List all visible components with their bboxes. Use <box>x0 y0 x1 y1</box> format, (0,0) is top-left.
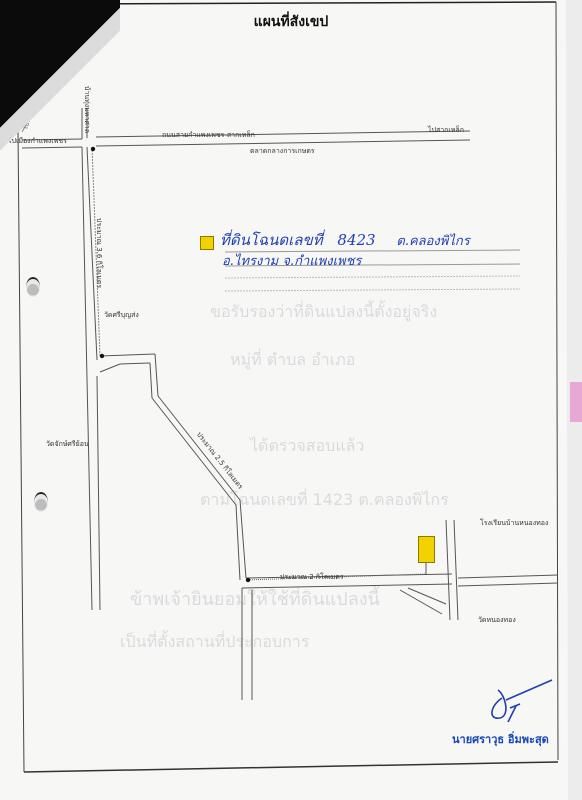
road-label-to-kamphaeng-phet: ไปเมืองกำแพงเพชร <box>8 136 67 147</box>
distance-label-segment-3: ประมาณ 2 กิโลเมตร <box>280 572 344 583</box>
deed-label: ที่ดินโฉนดเลขที่ <box>220 231 323 249</box>
landmark-temple-3: วัดหนองทอง <box>478 615 516 626</box>
distance-label-segment-1: ประมาณ 3.6 กิโลเมตร <box>93 218 104 288</box>
binder-hole <box>26 277 40 297</box>
subdistrict: ต.คลองพิไกร <box>396 234 469 249</box>
signature-scribble <box>480 676 560 726</box>
north-road-label: บ้านทุ่งมหาศาล <box>81 86 92 133</box>
site-location-marker <box>418 536 435 563</box>
landmark-temple-1: วัดศรีบุญส่ง <box>104 310 139 321</box>
road-label-to-sak-lek: ไปสากเหล็ก <box>428 125 464 136</box>
deed-number: 8423 <box>337 231 375 249</box>
landmark-market: ตลาดกลางการเกษตร <box>250 146 315 157</box>
landmark-school: โรงเรียนบ้านหนองทอง <box>480 518 548 529</box>
legend-site-marker <box>200 236 214 250</box>
handwritten-annotation-line-2: อ.ไทรงาม จ.กำแพงเพชร <box>222 250 361 271</box>
binder-hole <box>34 492 48 512</box>
main-road-label: ถนนสายกำแพงเพชร-สากเหล็ก <box>162 130 255 141</box>
signer-name: นายศราวุธ อิ่มพะสุด <box>452 730 549 748</box>
handwritten-annotation-line-1: ที่ดินโฉนดเลขที่ 8423 ต.คลองพิไกร <box>220 228 470 252</box>
landmark-temple-2: วัดจักษ์ศรีย้อน <box>46 439 89 450</box>
